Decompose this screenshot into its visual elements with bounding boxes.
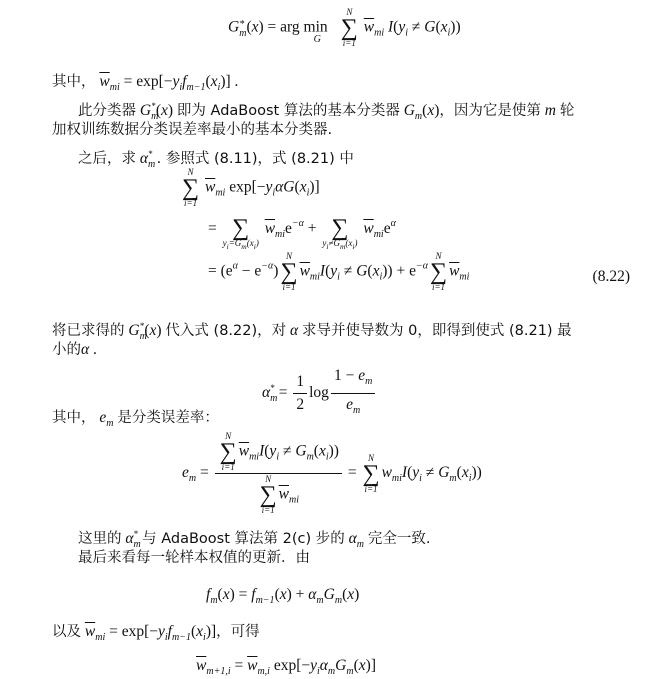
equation-8-22-line2: = ∑yi=Gm(xi) wmie−α + ∑yi≠Gm(xi) wmieα — [208, 208, 396, 251]
paragraph-substitute: 将已求得的 Gm*(x) 代入式 (8.22)，对 α 求导并使导数为 0，即得… — [52, 316, 572, 347]
text-p4c: 求导并使导数为 0，即得到使式 (8.21) 最 — [302, 323, 572, 339]
paragraph-weight-update: 最后来看每一轮样本权值的更新．由 — [78, 548, 310, 568]
text-p8b: ，可得 — [216, 624, 260, 640]
text-p8a: 以及 — [52, 624, 81, 640]
text-qizhong-2: 其中， — [52, 410, 96, 426]
equation-fm: fm(x) = fm−1(x) + αmGm(x) — [206, 585, 359, 611]
text-p2e: 轮 — [560, 103, 575, 119]
paragraph-and-wmi: 以及 wmi = exp[−yifm−1(xi)]，可得 — [52, 622, 260, 648]
text-p2c: ，因为它是使第 — [439, 103, 541, 119]
text-p2b: 即为 AdaBoost 算法的基本分类器 — [177, 103, 400, 119]
text-p4-line2a: 小的 — [52, 342, 81, 358]
equation-8-22-line1: N∑i=1 wmi exp[−yiαG(xi)] — [180, 168, 320, 208]
text-p4a: 将已求得的 — [52, 323, 125, 339]
paragraph-substitute-line2: 小的α . — [52, 340, 97, 360]
text-p6a: 这里的 — [78, 531, 122, 547]
equation-alpha-star: αm* = 12log1 − emem — [262, 366, 377, 421]
text-p3a: 之后，求 — [78, 151, 136, 167]
text-p4b: 代入式 (8.22)，对 — [165, 323, 286, 339]
text-p2a: 此分类器 — [78, 103, 136, 119]
sum-symbol: N∑i=1 — [341, 8, 358, 48]
equation-8-22-line3: = (eα − e−α)N∑i=1wmiI(yi ≠ G(xi)) + e−αN… — [208, 252, 469, 292]
equation-weight-update: wm+1,i = wm,i exp[−yiαmGm(x)] — [196, 656, 376, 679]
paragraph-wmi-definition: 其中， wmi = exp[−yifm−1(xi)] . — [52, 72, 238, 98]
paragraph-basic-classifier-line2: 加权训练数据分类误差率最小的基本分类器. — [52, 120, 332, 140]
text-p3b: . 参照式 (8.11)，式 (8.21) 中 — [157, 151, 354, 167]
text-p5b: 是分类误差率： — [117, 410, 219, 426]
text-qizhong: 其中， — [52, 74, 96, 90]
text-p6b: 与 AdaBoost 算法第 2(c) 步的 — [142, 531, 345, 547]
equation-g-star: G*m(x) = arg minG N∑i=1 wmi I(yi ≠ G(xi)… — [228, 8, 461, 58]
equation-number-8-22: (8.22) — [593, 268, 630, 286]
equation-error-rate: em = N∑i=1wmiI(yi ≠ Gm(xi)) N∑i=1wmi = N… — [182, 432, 482, 515]
paragraph-error-rate: 其中， em 是分类误差率： — [52, 408, 219, 434]
text-p2d: m — [545, 102, 556, 119]
text-p6c: 完全一致. — [368, 531, 431, 547]
